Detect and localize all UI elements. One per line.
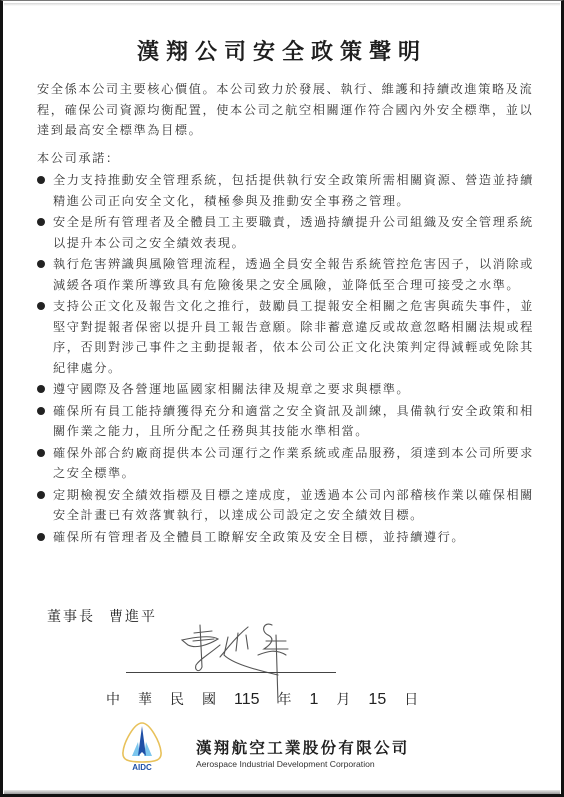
commitment-item: 確保外部合約廠商提供本公司運行之作業系統或產品服務，須達到本公司所要求之安全標準… [37,443,535,484]
commitment-item: 執行危害辨識與風險管理流程，透過全員安全報告系統管控危害因子，以消除或減緩各項作… [37,254,535,295]
signature-line [126,672,336,673]
date-month: 1 [310,691,319,709]
commitment-text: 確保所有管理者及全體員工瞭解安全政策及安全目標，並持續遵行。 [53,530,465,544]
commitment-text: 確保所有員工能持續獲得充分和適當之安全資訊及訓練，具備執行安全政策和相關作業之能… [53,404,534,439]
svg-text:AIDC: AIDC [132,763,152,772]
commitment-text: 執行危害辨識與風險管理流程，透過全員安全報告系統管控危害因子，以消除或減緩各項作… [53,257,534,292]
page-edge-top [4,3,560,6]
date-month-unit: 月 [336,689,368,709]
date-day-unit: 日 [404,689,436,709]
commitment-item: 確保所有員工能持續獲得充分和適當之安全資訊及訓練，具備執行安全政策和相關作業之能… [37,401,535,442]
page-edge-bottom [4,790,560,794]
commitments-list: 全力支持推動安全管理系統，包括提供執行安全政策所需相關資源、營造並持續精進公司正… [37,170,535,548]
date: 中 華 民 國 115 年 1 月 15 日 [106,689,436,709]
date-day: 15 [368,691,386,709]
commitment-item: 安全是所有管理者及全體員工主要職責，透過持續提升公司組織及安全管理系統以提升本公… [37,212,535,253]
bullet-icon [37,260,45,268]
aidc-logo-icon: AIDC [120,720,164,772]
bullet-icon [37,176,45,184]
bullet-icon [37,449,45,457]
commitment-text: 確保外部合約廠商提供本公司運行之作業系統或產品服務，須達到本公司所要求之安全標準… [53,446,534,481]
signer-name: 曹進平 [109,609,157,625]
company-name-en: Aerospace Industrial Development Corpora… [196,759,375,769]
date-era-char: 民 [170,689,202,709]
bullet-icon [37,302,45,310]
commitment-item: 確保所有管理者及全體員工瞭解安全政策及安全目標，並持續遵行。 [37,527,535,548]
bullet-icon [37,385,45,393]
bullet-icon [37,407,45,415]
company-name-zh: 漢翔航空工業股份有限公司 [196,736,410,758]
commitment-text: 遵守國際及各營運地區國家相關法律及規章之要求與標準。 [53,382,410,396]
commitment-item: 定期檢視安全績效指標及目標之達成度，並透過本公司內部稽核作業以確保相關安全計畫已… [37,485,535,526]
bullet-icon [37,491,45,499]
commitment-item: 支持公正文化及報告文化之推行，鼓勵員工提報安全相關之危害與疏失事件，並堅守對提報… [37,296,535,378]
document-title: 漢翔公司安全政策聲明 [0,35,564,66]
commitment-text: 全力支持推動安全管理系統，包括提供執行安全政策所需相關資源、營造並持續精進公司正… [53,173,534,208]
commitment-text: 定期檢視安全績效指標及目標之達成度，並透過本公司內部稽核作業以確保相關安全計畫已… [53,488,534,523]
bullet-icon [37,533,45,541]
date-era-char: 中 [106,689,138,709]
commitment-item: 全力支持推動安全管理系統，包括提供執行安全政策所需相關資源、營造並持續精進公司正… [37,170,535,211]
commitment-text: 安全是所有管理者及全體員工主要職責，透過持續提升公司組織及安全管理系統以提升本公… [53,215,534,250]
bullet-icon [37,218,45,226]
date-era-char: 華 [138,689,170,709]
date-era-char: 國 [202,689,234,709]
date-year-unit: 年 [278,689,310,709]
commitment-item: 遵守國際及各營運地區國家相關法律及規章之要求與標準。 [37,379,535,400]
intro-paragraph: 安全係本公司主要核心價值。本公司致力於發展、執行、維護和持續改進策略及流程，確保… [37,79,537,141]
commitments-heading: 本公司承諾： [37,149,120,166]
date-year: 115 [234,691,260,709]
signer-block: 董事長曹進平 [47,606,157,626]
signer-title: 董事長 [47,609,95,625]
commitment-text: 支持公正文化及報告文化之推行，鼓勵員工提報安全相關之危害與疏失事件，並堅守對提報… [53,299,534,375]
